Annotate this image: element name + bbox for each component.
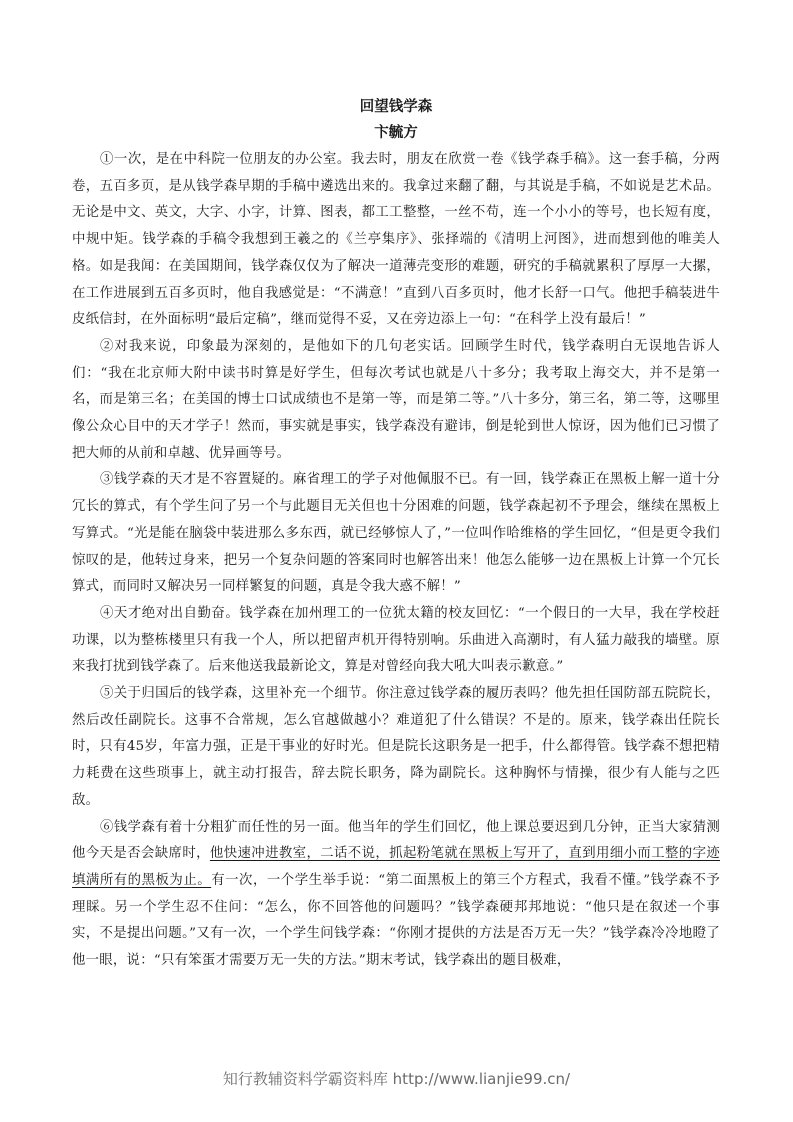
article-author: 卞毓方	[72, 120, 720, 146]
paragraph-2: ②对我来说，印象最为深刻的，是他如下的几句老实话。回顾学生时代，钱学森明白无误地…	[72, 334, 720, 468]
paragraph-5: ⑤关于归国后的钱学森，这里补充一个细节。你注意过钱学森的履历表吗？他先担任国防部…	[72, 681, 720, 815]
document-page: 回望钱学森 卞毓方 ①一次，是在中科院一位朋友的办公室。我去时，朋友在欣赏一卷《…	[72, 94, 720, 975]
watermark-footer: 知行教辅资料学霸资料库 http://www.lianjie99.cn/	[0, 1068, 793, 1089]
paragraph-3: ③钱学森的天才是不容置疑的。麻省理工的学子对他佩服不已。有一回，钱学森正在黑板上…	[72, 467, 720, 601]
paragraph-1: ①一次，是在中科院一位朋友的办公室。我去时，朋友在欣赏一卷《钱学森手稿》。这一套…	[72, 147, 720, 334]
paragraph-4: ④天才绝对出自勤奋。钱学森在加州理工的一位犹太籍的校友回忆：“一个假日的一大早，…	[72, 601, 720, 681]
paragraph-6: ⑥钱学森有着十分粗犷而任性的另一面。他当年的学生们回忆，他上课总要迟到几分钟，正…	[72, 815, 720, 975]
article-title: 回望钱学森	[72, 94, 720, 120]
